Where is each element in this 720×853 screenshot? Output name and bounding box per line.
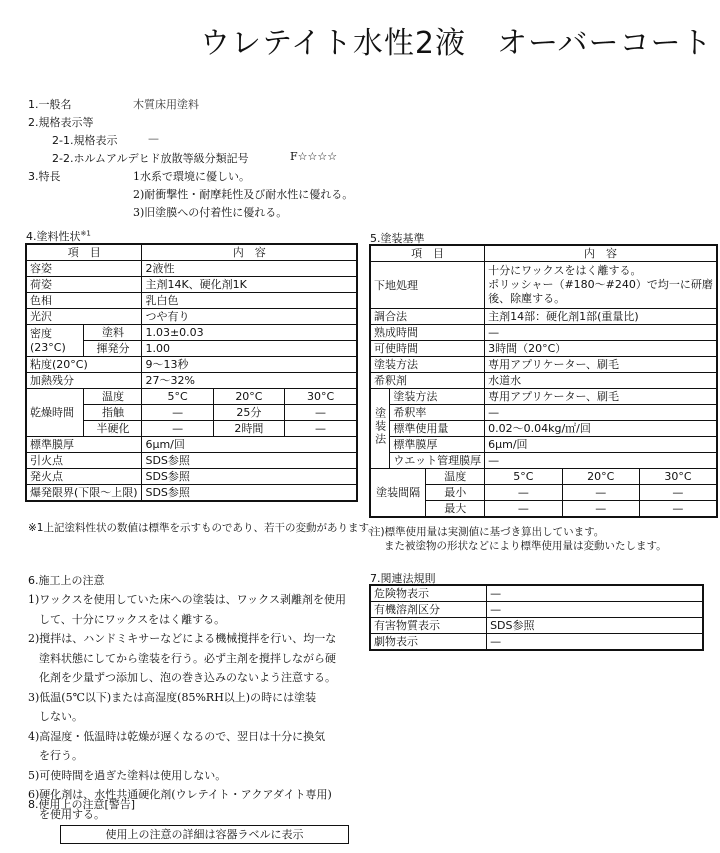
caution-line: 2)撹拌は、ハンドミキサーなどによる機械撹拌を行い、均一な: [28, 629, 346, 649]
table-row: 塗装方法専用アプリケーター、刷毛: [370, 357, 717, 373]
warning-box: 使用上の注意の詳細は容器ラベルに表示: [60, 825, 349, 844]
table-row: 劇物表示—: [370, 634, 703, 651]
table-row: 下地処理十分にワックスをはく離する。ポリッシャー（#180〜#240）で均一に研…: [370, 262, 717, 309]
table-row: 標準膜厚6μm/回: [26, 437, 357, 453]
coating-table: 項 目内 容 下地処理十分にワックスをはく離する。ポリッシャー（#180〜#24…: [369, 244, 718, 518]
std1-label: 2-1.規格表示: [52, 132, 117, 148]
caution-line: 4)高湿度・低温時は乾燥が遅くなるので、翌日は十分に換気: [28, 727, 346, 747]
table-row: 希釈率—: [370, 405, 717, 421]
standards-label: 2.規格表示等: [28, 114, 94, 130]
properties-footnote: ※1上記塗料性状の数値は標準を示すものであり、若干の変動があります。: [28, 520, 379, 535]
table-row: 可使時間3時間（20°C）: [370, 341, 717, 357]
features-label: 3.特長: [28, 168, 61, 184]
properties-table: 項 目内 容 容姿2液性 荷姿主剤14K、硬化剤1K 色相乳白色 光沢つや有り …: [25, 243, 358, 502]
table-row: ウエット管理膜厚—: [370, 453, 717, 469]
table-row: 乾燥時間温度5°C20°C30°C: [26, 389, 357, 405]
warning-heading: 8.使用上の注意[警告]: [28, 796, 135, 812]
table-row: 容姿2液性: [26, 261, 357, 277]
caution-line: 1)ワックスを使用していた床への塗装は、ワックス剥離剤を使用: [28, 590, 346, 610]
table-row: 塗装間隔温度5°C20°C30°C: [370, 469, 717, 485]
table-row: 熟成時間—: [370, 325, 717, 341]
properties-heading: 4.塗料性状※1: [26, 228, 91, 244]
caution-line: 3)低温(5℃以下)または高湿度(85%RH以上)の時には塗装: [28, 688, 346, 708]
feature-3: 3)旧塗膜への付着性に優れる。: [133, 204, 287, 220]
regulations-table: 危険物表示— 有機溶剤区分— 有害物質表示SDS参照 劇物表示—: [369, 584, 704, 651]
std2-label: 2-2.ホルムアルデヒド放散等級分類記号: [52, 150, 249, 166]
table-row: 希釈剤水道水: [370, 373, 717, 389]
coating-note-1: 注)標準使用量は実測値に基づき算出しています。: [370, 524, 604, 539]
document-title: ウレテイト水性2液 オーバーコート: [200, 18, 713, 62]
table-row: 標準使用量0.02〜0.04kg/㎡/回: [370, 421, 717, 437]
caution-line: して、十分にワックスをはく離する。: [28, 610, 346, 630]
feature-1: 1水系で環境に優しい。: [133, 168, 250, 184]
caution-line: しない。: [28, 707, 346, 727]
table-header-row: 項 目内 容: [370, 245, 717, 262]
cautions-list: 1)ワックスを使用していた床への塗装は、ワックス剥離剤を使用 して、十分にワック…: [28, 590, 346, 824]
table-row: 有害物質表示SDS参照: [370, 618, 703, 634]
table-row: 加熱残分27〜32%: [26, 373, 357, 389]
table-row: 危険物表示—: [370, 585, 703, 602]
std1-value: —: [148, 132, 159, 145]
table-row: 粘度(20°C)9〜13秒: [26, 357, 357, 373]
table-row: 標準膜厚6μm/回: [370, 437, 717, 453]
table-row: 荷姿主剤14K、硬化剤1K: [26, 277, 357, 293]
feature-2: 2)耐衝撃性・耐摩耗性及び耐水性に優れる。: [133, 186, 353, 202]
cautions-heading: 6.施工上の注意: [28, 572, 105, 588]
table-row: 爆発限界(下限〜上限)SDS参照: [26, 485, 357, 502]
table-row: 調合法主剤14部：硬化剤1部(重量比): [370, 309, 717, 325]
general-name-label: 1.一般名: [28, 96, 72, 112]
caution-line: 化剤を少量ずつ添加し、泡の巻き込みのないよう注意する。: [28, 668, 346, 688]
table-row: 密度(23°C)塗料1.03±0.03: [26, 325, 357, 341]
table-row: 引火点SDS参照: [26, 453, 357, 469]
density-label: 密度(23°C): [26, 325, 84, 357]
caution-line: を行う。: [28, 746, 346, 766]
prep-value: 十分にワックスをはく離する。ポリッシャー（#180〜#240）で均一に研磨後、除…: [485, 262, 717, 309]
general-name-value: 木質床用塗料: [133, 96, 199, 112]
coating-note-2: また被塗物の形状などにより標準使用量は変動いたします。: [384, 538, 667, 553]
caution-line: 5)可使時間を過ぎた塗料は使用しない。: [28, 766, 346, 786]
caution-line: 塗料状態にしてから塗装を行う。必ず主剤を撹拌しながら硬: [28, 649, 346, 669]
table-header-row: 項 目内 容: [26, 244, 357, 261]
table-row: 塗装法塗装方法専用アプリケーター、刷毛: [370, 389, 717, 405]
table-row: 発火点SDS参照: [26, 469, 357, 485]
method-group-label: 塗装法: [373, 407, 388, 446]
table-row: 光沢つや有り: [26, 309, 357, 325]
std2-value: F☆☆☆☆: [290, 150, 337, 163]
table-row: 色相乳白色: [26, 293, 357, 309]
table-row: 有機溶剤区分—: [370, 602, 703, 618]
